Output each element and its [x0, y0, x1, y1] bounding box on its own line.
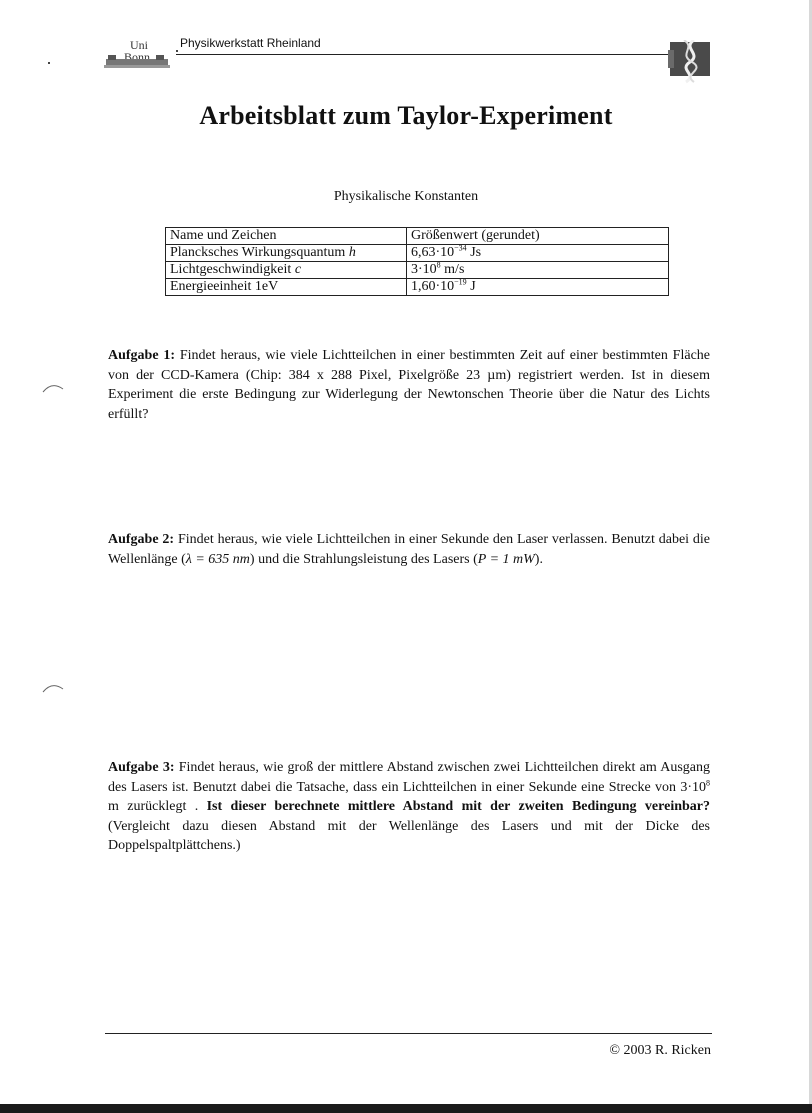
punch-hole-mark	[42, 383, 64, 393]
constant-name: Plancksches Wirkungsquantum h	[166, 245, 407, 262]
constants-caption: Physikalische Konstanten	[0, 189, 812, 205]
table-row: Lichtgeschwindigkeit c 3·108 m/s	[166, 262, 669, 279]
table-row: Energieeinheit 1eV 1,60·10−19 J	[166, 279, 669, 296]
punch-hole-mark	[42, 683, 64, 693]
task-label: Aufgabe 1:	[108, 348, 175, 363]
constant-value: 6,63·10−34 Js	[407, 245, 669, 262]
task-2: Aufgabe 2: Findet heraus, wie viele Lich…	[108, 530, 710, 569]
page-title: Arbeitsblatt zum Taylor-Experiment	[0, 101, 812, 131]
footer-rule	[105, 1033, 712, 1034]
scan-speck	[48, 62, 50, 64]
page-header: Uni Bonn Physikwerkstatt Rheinland	[100, 30, 720, 80]
table-row: Plancksches Wirkungsquantum h 6,63·10−34…	[166, 245, 669, 262]
task-text: Findet heraus, wie viele Lichtteilchen i…	[108, 348, 710, 422]
column-header: Größenwert (gerundet)	[407, 228, 669, 245]
constant-symbol: h	[349, 245, 356, 260]
constant-symbol: c	[295, 262, 301, 277]
header-org-name: Physikwerkstatt Rheinland	[180, 36, 321, 50]
task-label: Aufgabe 3:	[108, 760, 174, 775]
constant-value: 3·108 m/s	[407, 262, 669, 279]
header-rule	[176, 54, 686, 55]
copyright: © 2003 R. Ricken	[609, 1043, 711, 1059]
table-header-row: Name und Zeichen Größenwert (gerundet)	[166, 228, 669, 245]
task-3: Aufgabe 3: Findet heraus, wie groß der m…	[108, 758, 710, 856]
dna-helix-logo	[668, 40, 718, 84]
column-header: Name und Zeichen	[166, 228, 407, 245]
power-value: P = 1 mW	[478, 552, 535, 567]
constants-table: Name und Zeichen Größenwert (gerundet) P…	[165, 227, 669, 296]
task-text: Findet heraus, wie groß der mittlere Abs…	[108, 760, 710, 795]
scan-bottom-edge	[0, 1104, 812, 1113]
task-question: Ist dieser berechnete mittlere Abstand m…	[207, 799, 710, 814]
task-1: Aufgabe 1: Findet heraus, wie viele Lich…	[108, 346, 710, 424]
constant-value: 1,60·10−19 J	[407, 279, 669, 296]
constant-name: Lichtgeschwindigkeit c	[166, 262, 407, 279]
wavelength-value: λ = 635 nm	[186, 552, 250, 567]
task-label: Aufgabe 2:	[108, 532, 174, 547]
constant-name: Energieeinheit 1eV	[166, 279, 407, 296]
uni-bonn-logo: Uni Bonn	[100, 33, 174, 71]
